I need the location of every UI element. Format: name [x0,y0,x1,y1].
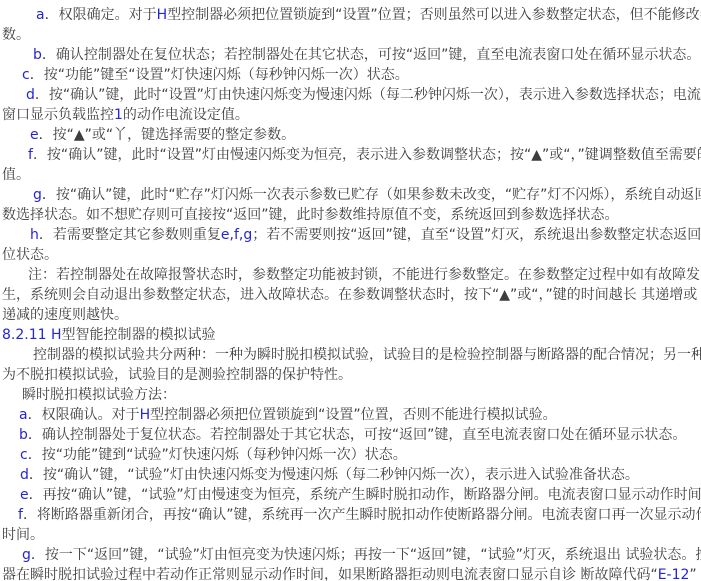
chinese-text-run: 器在瞬时脱扣试验过程中若动作正常则显示动作时间，如果断路器拒动则电流表窗口显示自… [2,567,658,581]
latin-text-run: d [20,467,29,483]
latin-text-run: g [33,187,42,203]
document-body: a．权限确定。对于H型控制器必须把位置锁旋到“设置”位置；否则虽然可以进入参数整… [0,0,701,581]
text-line: h．若需要整定其它参数则重复e,f,g；若不需要则按“返回”键，直至“设置”灯灭… [0,225,701,245]
text-line: 注：若控制器处在故障报警状态时，参数整定功能被封锁，不能进行参数整定。在参数整定… [0,265,701,285]
text-line: a．权限确认。对于H型控制器必须把位置锁旋到“设置”位置，否则不能进行模拟试验。 [0,405,701,425]
latin-text-run: H [51,327,62,343]
chinese-text-run: 为不脱扣模拟试验，试验目的是测验控制器的保护特性。 [2,367,352,383]
chinese-text-run: 数选择状态。如不想贮存则可直接按“返回”键，此时参数维持原值不变，系统返回到参数… [2,207,619,223]
latin-text-run: h [30,227,39,243]
chinese-text-run: ．按“确认”键，此时“设置”灯由慢速闪烁变为恒亮，表示进入参数调整状态；按“▲”… [33,147,701,163]
text-line: f．按“确认”键，此时“设置”灯由慢速闪烁变为恒亮，表示进入参数调整状态；按“▲… [0,145,701,165]
text-line: b．确认控制器处在复位状态；若控制器处在其它状态，可按“返回”键，直至电流表窗口… [0,45,701,65]
latin-text-run: b [33,47,42,63]
latin-text-run: a [36,7,45,23]
latin-text-run: c [20,447,28,463]
chinese-text-run: ．再按“确认”键，“试验”灯由慢速变为恒亮，系统产生瞬时脱扣动作，断路器分闸。电… [29,487,701,503]
latin-text-run: g [22,547,31,563]
chinese-text-run: ．确认控制器处在复位状态；若控制器处在其它状态，可按“返回”键，直至电流表窗口处… [42,47,701,63]
text-line: f．将断路器重新闭合，再按“确认”键，系统再一次产生瞬时脱扣动作使断路器分闸。电… [0,505,701,525]
text-line: 控制器的模拟试验共分两种：一种为瞬时脱扣模拟试验，试验目的是检验控制器与断路器的… [0,345,701,365]
text-line: 递减的速度则越快。 [0,305,701,325]
chinese-text-run: 数。 [2,27,30,43]
latin-text-run: E-12 [658,567,690,581]
latin-text-run: H [157,7,168,23]
text-line: d．按“确认”键，此时“设置”灯由快速闪烁变为慢速闪烁（每二秒钟闪烁一次），表示… [0,85,701,105]
chinese-text-run: ．将断路器重新闭合，再按“确认”键，系统再一次产生瞬时脱扣动作使断路器分闸。电流… [23,507,701,523]
text-line: c．按“功能”键到“试验”灯快速闪烁（每秒钟闪烁一次）状态。 [0,445,701,465]
chinese-text-run: ．若需要整定其它参数则重复 [39,227,221,243]
latin-text-run: H [140,407,151,423]
chinese-text-run: 控制器的模拟试验共分两种：一种为瞬时脱扣模拟试验，试验目的是检验控制器与断路器的… [33,347,701,363]
chinese-text-run: 的动作电流设定值。 [123,107,249,123]
text-line: e．再按“确认”键，“试验”灯由慢速变为恒亮，系统产生瞬时脱扣动作，断路器分闸。… [0,485,701,505]
latin-text-run: c [22,67,30,83]
latin-text-run: 8.2.11 [2,327,47,343]
latin-text-run: b [19,427,28,443]
chinese-text-run: 位状态。 [2,247,58,263]
chinese-text-run: ．按“确认”键，此时“设置”灯由快速闪烁变为慢速闪烁（每二秒钟闪烁一次），表示进… [35,87,701,103]
chinese-text-run: ．按“确认”键，“试验”灯由快速闪烁变为慢速闪烁（每二秒钟闪烁一次），表示进入试… [29,467,639,483]
text-line: 位状态。 [0,245,701,265]
text-line: e．按“▲”或“丫，键选择需要的整定参数。 [0,125,701,145]
chinese-text-run: ．按“功能”键至“设置”灯快速闪烁（每秒钟闪烁一次）状态。 [30,67,409,83]
text-line: g．按“确认”键，此时“贮存”灯闪烁一次表示参数已贮存（如果参数未改变，“贮存”… [0,185,701,205]
text-line: 值。 [0,165,701,185]
chinese-text-run: 型控制器必须把位置锁旋到“设置”位置，否则不能进行模拟试验。 [150,407,557,423]
chinese-text-run: 窗口显示负载监控 [2,107,114,123]
chinese-text-run: 型智能控制器的模拟试验 [62,327,216,343]
chinese-text-run: ．按“确认”键，此时“贮存”灯闪烁一次表示参数已贮存（如果参数未改变，“贮存”灯… [42,187,701,203]
text-line: b．确认控制器处于复位状态。若控制器处于其它状态，可按“返回”键，直至电流表窗口… [0,425,701,445]
chinese-text-run: 递减的速度则越快。 [2,307,128,323]
text-line: 为不脱扣模拟试验，试验目的是测验控制器的保护特性。 [0,365,701,385]
text-line: a．权限确定。对于H型控制器必须把位置锁旋到“设置”位置；否则虽然可以进入参数整… [0,5,701,25]
chinese-text-run: ．确认控制器处于复位状态。若控制器处于其它状态，可按“返回”键，直至电流表窗口处… [28,427,687,443]
chinese-text-run: 生，系统则会自动退出参数整定状态，进入故障状态。在参数调整状态时，按下“▲”或“… [2,287,697,303]
text-line: d．按“确认”键，“试验”灯由快速闪烁变为慢速闪烁（每二秒钟闪烁一次），表示进入… [0,465,701,485]
latin-text-run: e [30,127,39,143]
chinese-text-run: ．按“▲”或“丫，键选择需要的整定参数。 [39,127,296,143]
chinese-text-run: 型控制器必须把位置锁旋到“设置”位置；否则虽然可以进入参数整定状态，但不能修改参 [167,7,701,23]
text-line: 器在瞬时脱扣试验过程中若动作正常则显示动作时间，如果断路器拒动则电流表窗口显示自… [0,565,701,581]
chinese-text-run: ．权限确定。对于 [45,7,157,23]
latin-text-run: a [19,407,28,423]
text-line: 生，系统则会自动退出参数整定状态，进入故障状态。在参数调整状态时，按下“▲”或“… [0,285,701,305]
text-line: 数选择状态。如不想贮存则可直接按“返回”键，此时参数维持原值不变，系统返回到参数… [0,205,701,225]
text-line: 时间。 [0,525,701,545]
manual-page: a．权限确定。对于H型控制器必须把位置锁旋到“设置”位置；否则虽然可以进入参数整… [0,0,701,581]
chinese-text-run: 值。 [2,167,30,183]
chinese-text-run: 瞬时脱扣模拟试验方法： [22,387,176,403]
latin-text-run: d [26,87,35,103]
chinese-text-run: 注：若控制器处在故障报警状态时，参数整定功能被封锁，不能进行参数整定。在参数整定… [28,267,700,283]
chinese-text-run: ．按“功能”键到“试验”灯快速闪烁（每秒钟闪烁一次）状态。 [28,447,407,463]
latin-text-run: e [20,487,29,503]
text-line: g．按一下“返回”键，“试验”灯由恒亮变为快速闪烁；再按一下“返回”键，“试验”… [0,545,701,565]
text-line: 窗口显示负载监控1的动作电流设定值。 [0,105,701,125]
latin-text-run: e,f,g [221,227,252,243]
text-line: 8.2.11 H型智能控制器的模拟试验 [0,325,701,345]
text-line: 瞬时脱扣模拟试验方法： [0,385,701,405]
chinese-text-run: ．权限确认。对于 [28,407,140,423]
text-line: 数。 [0,25,701,45]
chinese-text-run: ；若不需要则按“返回”键，直至“设置”灯灭，系统退出参数整定状态返回到复 [252,227,701,243]
chinese-text-run: ．按一下“返回”键，“试验”灯由恒亮变为快速闪烁；再按一下“返回”键，“试验”灯… [31,547,701,563]
chinese-text-run: 时间。 [2,527,44,543]
latin-text-run: 1 [114,107,123,123]
chinese-text-run: ” [689,567,696,581]
text-line: c．按“功能”键至“设置”灯快速闪烁（每秒钟闪烁一次）状态。 [0,65,701,85]
